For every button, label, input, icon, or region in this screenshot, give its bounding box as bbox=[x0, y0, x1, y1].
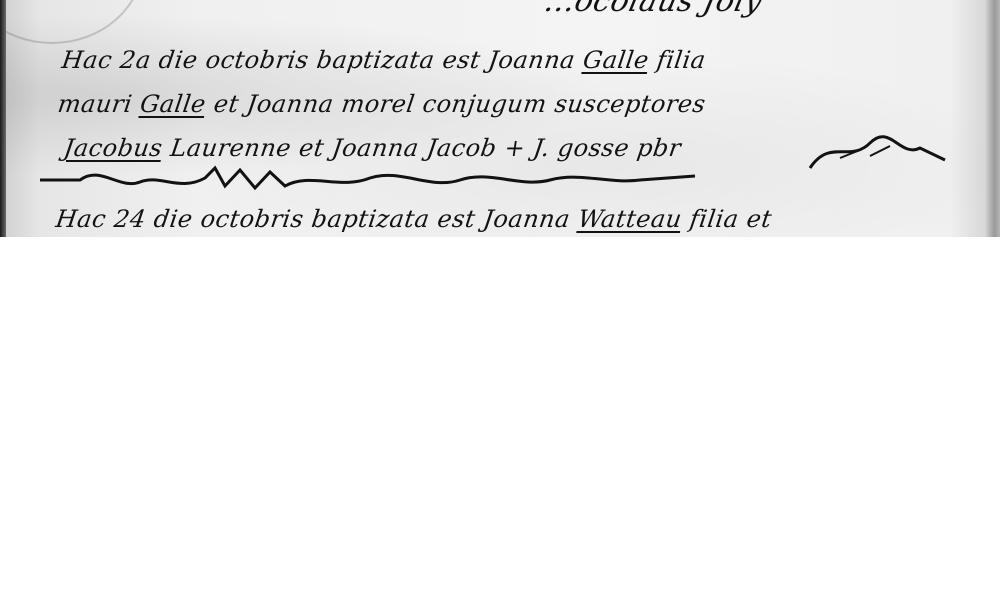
godparent-underlined: Jacobus bbox=[62, 134, 164, 162]
entry-text: filia et bbox=[688, 205, 774, 233]
heading-name: ...ocolaus Joly bbox=[541, 0, 766, 19]
page-fold-mark bbox=[0, 0, 144, 44]
entry-1-line-3: Jacobus Laurenne et Joanna Jacob + J. go… bbox=[62, 134, 683, 162]
surname-underlined: Watteau bbox=[576, 205, 684, 233]
entry-text: mauri bbox=[56, 90, 134, 118]
entry-text: Laurenne et Joanna Jacob + J. gosse pbr bbox=[169, 134, 683, 162]
entry-text: filia bbox=[655, 46, 708, 74]
entry-1-line-2: mauri Galle et Joanna morel conjugum sus… bbox=[56, 90, 707, 118]
entry-text: et Joanna morel conjugum susceptores bbox=[212, 90, 707, 118]
entry-text: Hac 24 die octobris baptizata est Joanna bbox=[54, 205, 572, 233]
surname-underlined: Galle bbox=[581, 46, 650, 74]
entry-1-line-1: Hac 2a die octobris baptizata est Joanna… bbox=[60, 46, 708, 74]
entry-2-line-1: Hac 24 die octobris baptizata est Joanna… bbox=[54, 205, 774, 233]
entry-separator-squiggle-icon bbox=[40, 160, 700, 200]
register-scan: ...ocolaus Joly Hac 2a die octobris bapt… bbox=[0, 0, 1000, 237]
page-left-edge bbox=[0, 0, 6, 237]
surname-underlined: Galle bbox=[138, 90, 207, 118]
entry-text: Hac 2a die octobris baptizata est Joanna bbox=[60, 46, 577, 74]
page-right-edge bbox=[986, 0, 1000, 237]
blank-area bbox=[0, 237, 1000, 600]
signature-flourish-icon bbox=[800, 128, 950, 178]
